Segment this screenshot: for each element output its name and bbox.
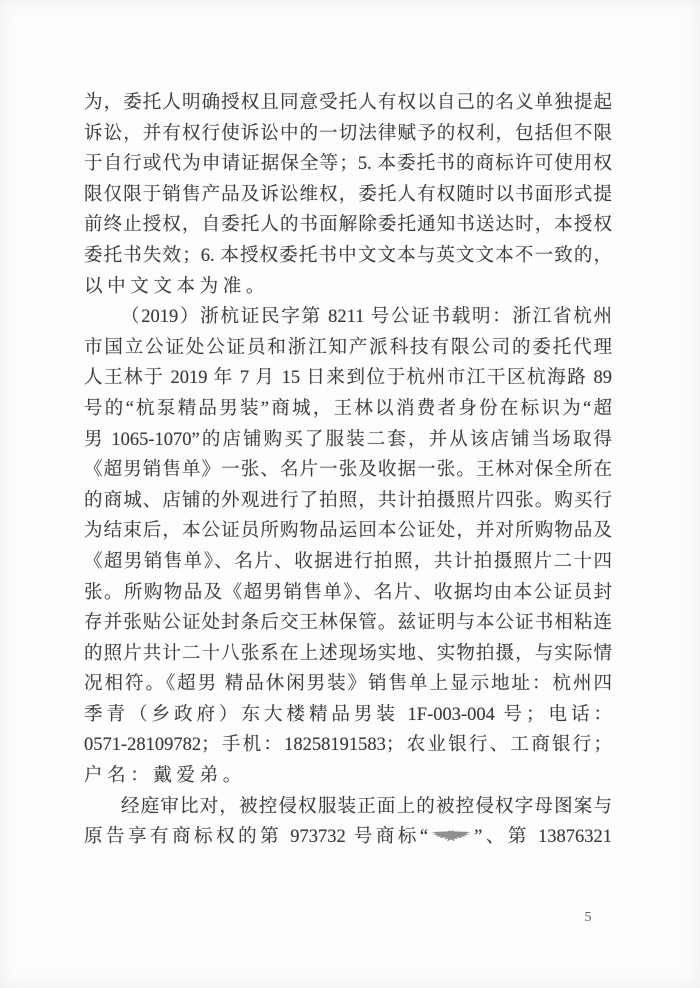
text-line: 诉讼，并有权行使诉讼中的一切法律赋予的权利，包括但不限 — [84, 119, 612, 150]
text-line: 张。所购物品及《超男销售单》、名片、收据均由本公证员封 — [84, 578, 612, 609]
text-line: 号的“杭泵精品男装”商城，王林以消费者身份在标识为“超 — [84, 394, 612, 425]
text-line: 为，委托人明确授权且同意受托人有权以自己的名义单独提起 — [84, 88, 612, 119]
text-line: 《超男销售单》一张、名片一张及收据一张。王林对保全所在 — [84, 455, 612, 486]
text-line: 0571-28109782；手机：18258191583；农业银行、工商银行； — [84, 730, 612, 761]
text-line: 存并张贴公证处封条后交王林保管。兹证明与本公证书相粘连 — [84, 608, 612, 639]
text-line: 为结束后，本公证员所购物品运回本公证处，并对所购物品及 — [84, 516, 612, 547]
text-line: 男 1065-1070”的店铺购买了服装二套，并从该店铺当场取得 — [84, 425, 612, 456]
text-line: 于自行或代为申请证据保全等；5. 本委托书的商标许可使用权 — [84, 149, 612, 180]
scanned-document-page: 为，委托人明确授权且同意受托人有权以自己的名义单独提起诉讼，并有权行使诉讼中的一… — [0, 0, 700, 988]
text-line: 市国立公证处公证员和浙江知产派科技有限公司的委托代理 — [84, 333, 612, 364]
text-line: 原告享有商标权的第 973732 号商标“ ”、第 13876321 — [84, 822, 612, 853]
text-line: 以中文文本为准。 — [84, 272, 612, 303]
text-line: 前终止授权，自委托人的书面解除委托通知书送达时，本授权 — [84, 210, 612, 241]
text-segment: ”、第 13876321 — [474, 827, 612, 847]
page-number: 5 — [578, 910, 598, 926]
text-line: 况相符。《超男 精品休闲男装》销售单上显示地址：杭州四 — [84, 669, 612, 700]
document-body-text: 为，委托人明确授权且同意受托人有权以自己的名义单独提起诉讼，并有权行使诉讼中的一… — [84, 88, 612, 853]
text-segment: 原告享有商标权的第 973732 号商标“ — [84, 827, 428, 847]
text-line: 的照片共计二十八张系在上述现场实地、实物拍摄，与实际情 — [84, 639, 612, 670]
text-line: 《超男销售单》、名片、收据进行拍照，共计拍摄照片二十四 — [84, 547, 612, 578]
text-line: 的商城、店铺的外观进行了拍照，共计拍摄照片四张。购买行 — [84, 486, 612, 517]
text-line: 季青（乡政府）东大楼精品男装 1F-003-004 号；电话： — [84, 700, 612, 731]
text-line: 经庭审比对，被控侵权服装正面上的被控侵权字母图案与 — [84, 792, 612, 823]
text-line: 委托书失效；6. 本授权委托书中文文本与英文文本不一致的， — [84, 241, 612, 272]
text-line: 人王林于 2019 年 7 月 15 日来到位于杭州市江干区杭海路 89 — [84, 363, 612, 394]
text-line: 户名：戴爱弟。 — [84, 761, 612, 792]
text-line: 限仅限于销售产品及诉讼维权，委托人有权随时以书面形式提 — [84, 180, 612, 211]
text-line: （2019）浙杭证民字第 8211 号公证书载明：浙江省杭州 — [84, 302, 612, 333]
eagle-trademark-icon — [431, 829, 471, 843]
